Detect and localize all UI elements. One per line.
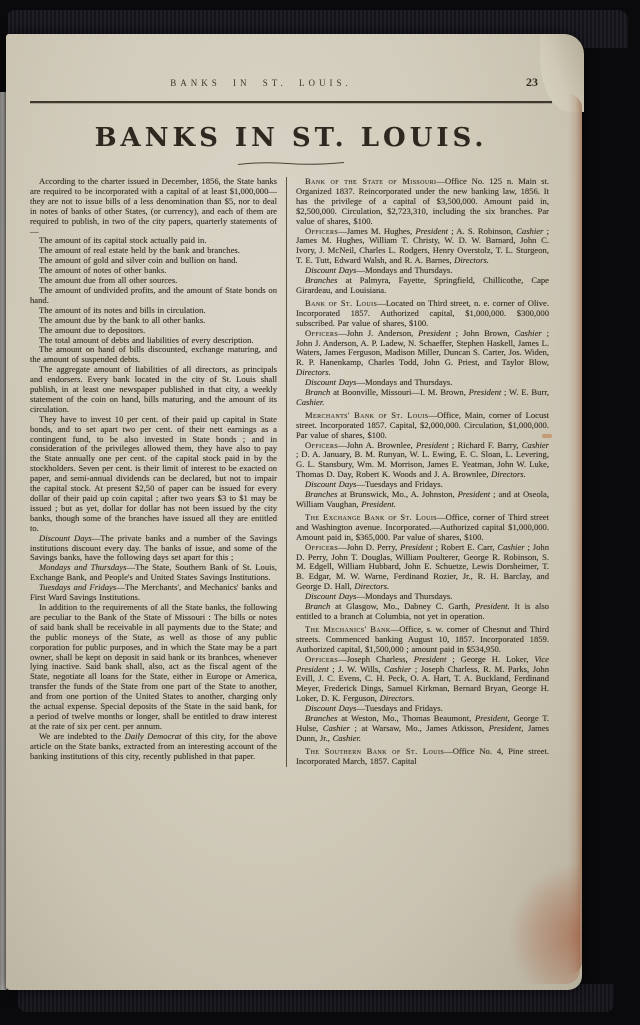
text-run: ; A. S. Robinson,: [448, 226, 516, 236]
text-run: —John J. Anderson,: [338, 328, 418, 338]
paragraph: Tuesdays and Fridays—The Merchants', and…: [30, 583, 277, 603]
text-run: They have to invest 10 per cent. of thei…: [30, 414, 277, 533]
italic-text: Discount Days: [305, 703, 356, 713]
italic-text: Discount Days: [39, 533, 92, 543]
text-run: ; John Brown,: [451, 328, 515, 338]
text-run: The amount of notes of other banks.: [39, 265, 166, 275]
text-run: The amount of undivided profits, and the…: [30, 285, 277, 305]
italic-text: Cashier: [515, 328, 542, 338]
paragraph: The Exchange Bank of St. Louis—Office, c…: [296, 513, 549, 543]
paragraph: Branches at Weston, Mo., Thomas Beaumont…: [296, 714, 549, 744]
running-head: BANKS IN ST. LOUIS.: [30, 78, 492, 88]
italic-text: President: [469, 387, 502, 397]
italic-text: President.: [361, 499, 396, 509]
paragraph: The aggregate amount of liabilities of a…: [30, 365, 277, 415]
paragraph: Branches at Brunswick, Mo., A. Johnston,…: [296, 490, 549, 510]
italic-text: Cashier.: [296, 397, 324, 407]
paragraph: Discount Days—The private banks and a nu…: [30, 534, 277, 564]
paragraph: They have to invest 10 per cent. of thei…: [30, 415, 277, 534]
page-content: BANKS IN ST. LOUIS. 23 BANKS IN ST. LOUI…: [30, 78, 552, 767]
italic-text: President: [475, 713, 508, 723]
italic-text: Directors.: [354, 581, 389, 591]
small-caps-text: Officers: [305, 440, 338, 450]
paragraph: Branch at Glasgow, Mo., Dabney C. Garth,…: [296, 602, 549, 622]
text-run: In addition to the requirements of all t…: [30, 602, 277, 731]
italic-text: Branch: [305, 387, 330, 397]
italic-text: President: [400, 542, 433, 552]
italic-text: Discount Days: [305, 591, 356, 601]
paragraph: In addition to the requirements of all t…: [30, 603, 277, 732]
text-run: The amount on hand of bills discounted, …: [30, 344, 277, 364]
paragraph: Merchants' Bank of St. Louis—Office, Mai…: [296, 411, 549, 441]
text-run: —Joseph Charless,: [338, 654, 414, 664]
text-run: ; George H. Loker,: [446, 654, 534, 664]
italic-text: Cashier: [497, 542, 524, 552]
small-caps-text: The Mechanics' Bank: [305, 624, 391, 634]
page-corner-stain: [510, 864, 580, 984]
small-caps-text: Officers: [305, 226, 338, 236]
paragraph: Bank of the State of Missouri—Office No.…: [296, 177, 549, 227]
text-run: ; Richard F. Barry,: [449, 440, 522, 450]
italic-text: Branches: [305, 713, 337, 723]
text-run: The amount due from all other sources.: [39, 275, 177, 285]
italic-text: Branches: [305, 275, 337, 285]
paragraph: Officers—James M. Hughes, President ; A.…: [296, 227, 549, 267]
italic-text: Directors.: [296, 367, 331, 377]
title-flourish: [236, 159, 346, 167]
small-caps-text: Officers: [305, 542, 338, 552]
text-run: ; W. E. Burr,: [501, 387, 549, 397]
small-caps-text: The Exchange Bank of St. Louis: [305, 512, 437, 522]
italic-text: President: [458, 489, 491, 499]
text-run: —John D. Perry,: [338, 542, 400, 552]
text-run: —John A. Brownlee,: [338, 440, 416, 450]
text-run: ; Robert E. Carr,: [433, 542, 498, 552]
paragraph: The Southern Bank of St. Louis—Office No…: [296, 747, 549, 767]
text-run: ; J. W. Wills,: [329, 664, 384, 674]
italic-text: Cashier: [516, 226, 543, 236]
text-run: The amount of its notes and bills in cir…: [39, 305, 206, 315]
small-caps-text: Officers: [305, 328, 338, 338]
paragraph: Branches at Palmyra, Fayette, Springfiel…: [296, 276, 549, 296]
text-run: at Brunswick, Mo., A. Johnston,: [337, 489, 457, 499]
left-column: According to the charter issued in Decem…: [30, 177, 277, 767]
small-caps-text: Bank of St. Louis: [305, 298, 377, 308]
page-edge-stain: [568, 94, 582, 974]
text-run: —Mondays and Thursdays.: [356, 591, 452, 601]
text-run: —Mondays and Thursdays.: [356, 265, 452, 275]
italic-text: Tuesdays and Fridays: [39, 582, 116, 592]
paragraph: Officers—John D. Perry, President ; Robe…: [296, 543, 549, 593]
paragraph: The Mechanics' Bank—Office, s. w. corner…: [296, 625, 549, 655]
small-caps-text: The Southern Bank of St. Louis: [305, 746, 444, 756]
text-run: ; at Warsaw, Mo., James Atkisson,: [350, 723, 489, 733]
text-run: The aggregate amount of liabilities of a…: [30, 364, 277, 414]
italic-text: Cashier: [522, 440, 549, 450]
two-column-text: According to the charter issued in Decem…: [30, 177, 552, 767]
text-run: at Weston, Mo., Thomas Beaumont,: [337, 713, 475, 723]
text-run: —Mondays and Thursdays.: [356, 377, 452, 387]
text-run: at Boonville, Missouri—I. M. Brown,: [330, 387, 468, 397]
text-run: We are indebted to the: [39, 731, 125, 741]
italic-text: Mondays and Thursdays: [39, 562, 127, 572]
text-run: The total amount of debts and liabilitie…: [39, 335, 254, 345]
italic-text: President: [418, 328, 451, 338]
small-caps-text: Officers: [305, 654, 338, 664]
italic-text: Directors.: [491, 469, 526, 479]
italic-text: Directors.: [380, 693, 415, 703]
text-run: —Tuesdays and Fridays.: [356, 703, 442, 713]
paragraph: Bank of St. Louis—Located on Third stree…: [296, 299, 549, 329]
italic-text: President: [415, 226, 448, 236]
paragraph: Officers—John A. Brownlee, President ; R…: [296, 441, 549, 481]
page-title: BANKS IN ST. LOUIS.: [30, 123, 552, 153]
right-column: Bank of the State of Missouri—Office No.…: [286, 177, 549, 767]
paragraph: The amount of undivided profits, and the…: [30, 286, 277, 306]
page-number: 23: [526, 75, 538, 90]
paragraph: The amount on hand of bills discounted, …: [30, 345, 277, 365]
text-run: The amount due by the bank to all other …: [39, 315, 205, 325]
paragraph: Officers—John J. Anderson, President ; J…: [296, 329, 549, 379]
italic-text: Cashier: [384, 664, 411, 674]
italic-text: President.: [475, 601, 510, 611]
small-caps-text: Bank of the State of Missouri: [305, 176, 436, 186]
italic-text: Cashier: [323, 723, 350, 733]
italic-text: President: [414, 654, 447, 664]
text-run: The amount of real estate held by the ba…: [39, 245, 240, 255]
italic-text: Directors.: [454, 255, 489, 265]
text-run: at Glasgow, Mo., Dabney C. Garth,: [330, 601, 475, 611]
italic-text: President: [489, 723, 522, 733]
page-header: BANKS IN ST. LOUIS. 23: [30, 78, 552, 96]
text-run: —James M. Hughes,: [338, 226, 415, 236]
paragraph: Mondays and Thursdays—The State, Souther…: [30, 563, 277, 583]
text-run: According to the charter issued in Decem…: [30, 176, 277, 236]
italic-text: Discount Days: [305, 479, 356, 489]
paragraph: According to the charter issued in Decem…: [30, 177, 277, 236]
italic-text: Branch: [305, 601, 330, 611]
italic-text: Daily Democrat: [125, 731, 182, 741]
paragraph: Officers—Joseph Charless, President ; Ge…: [296, 655, 549, 705]
text-run: The amount due to depositors.: [39, 325, 145, 335]
book-page: BANKS IN ST. LOUIS. 23 BANKS IN ST. LOUI…: [6, 34, 582, 990]
header-rule: [30, 101, 552, 103]
italic-text: Discount Days: [305, 265, 356, 275]
small-caps-text: Merchants' Bank of St. Louis: [305, 410, 428, 420]
italic-text: President: [416, 440, 449, 450]
italic-text: Branches: [305, 489, 337, 499]
italic-text: Discount Days: [305, 377, 356, 387]
italic-text: Cashier.: [333, 733, 361, 743]
text-run: —Tuesdays and Fridays.: [356, 479, 442, 489]
text-run: The amount of gold and silver coin and b…: [39, 255, 238, 265]
paragraph: Branch at Boonville, Missouri—I. M. Brow…: [296, 388, 549, 408]
text-run: The amount of its capital stock actually…: [39, 235, 206, 245]
paragraph: We are indebted to the Daily Democrat of…: [30, 732, 277, 762]
